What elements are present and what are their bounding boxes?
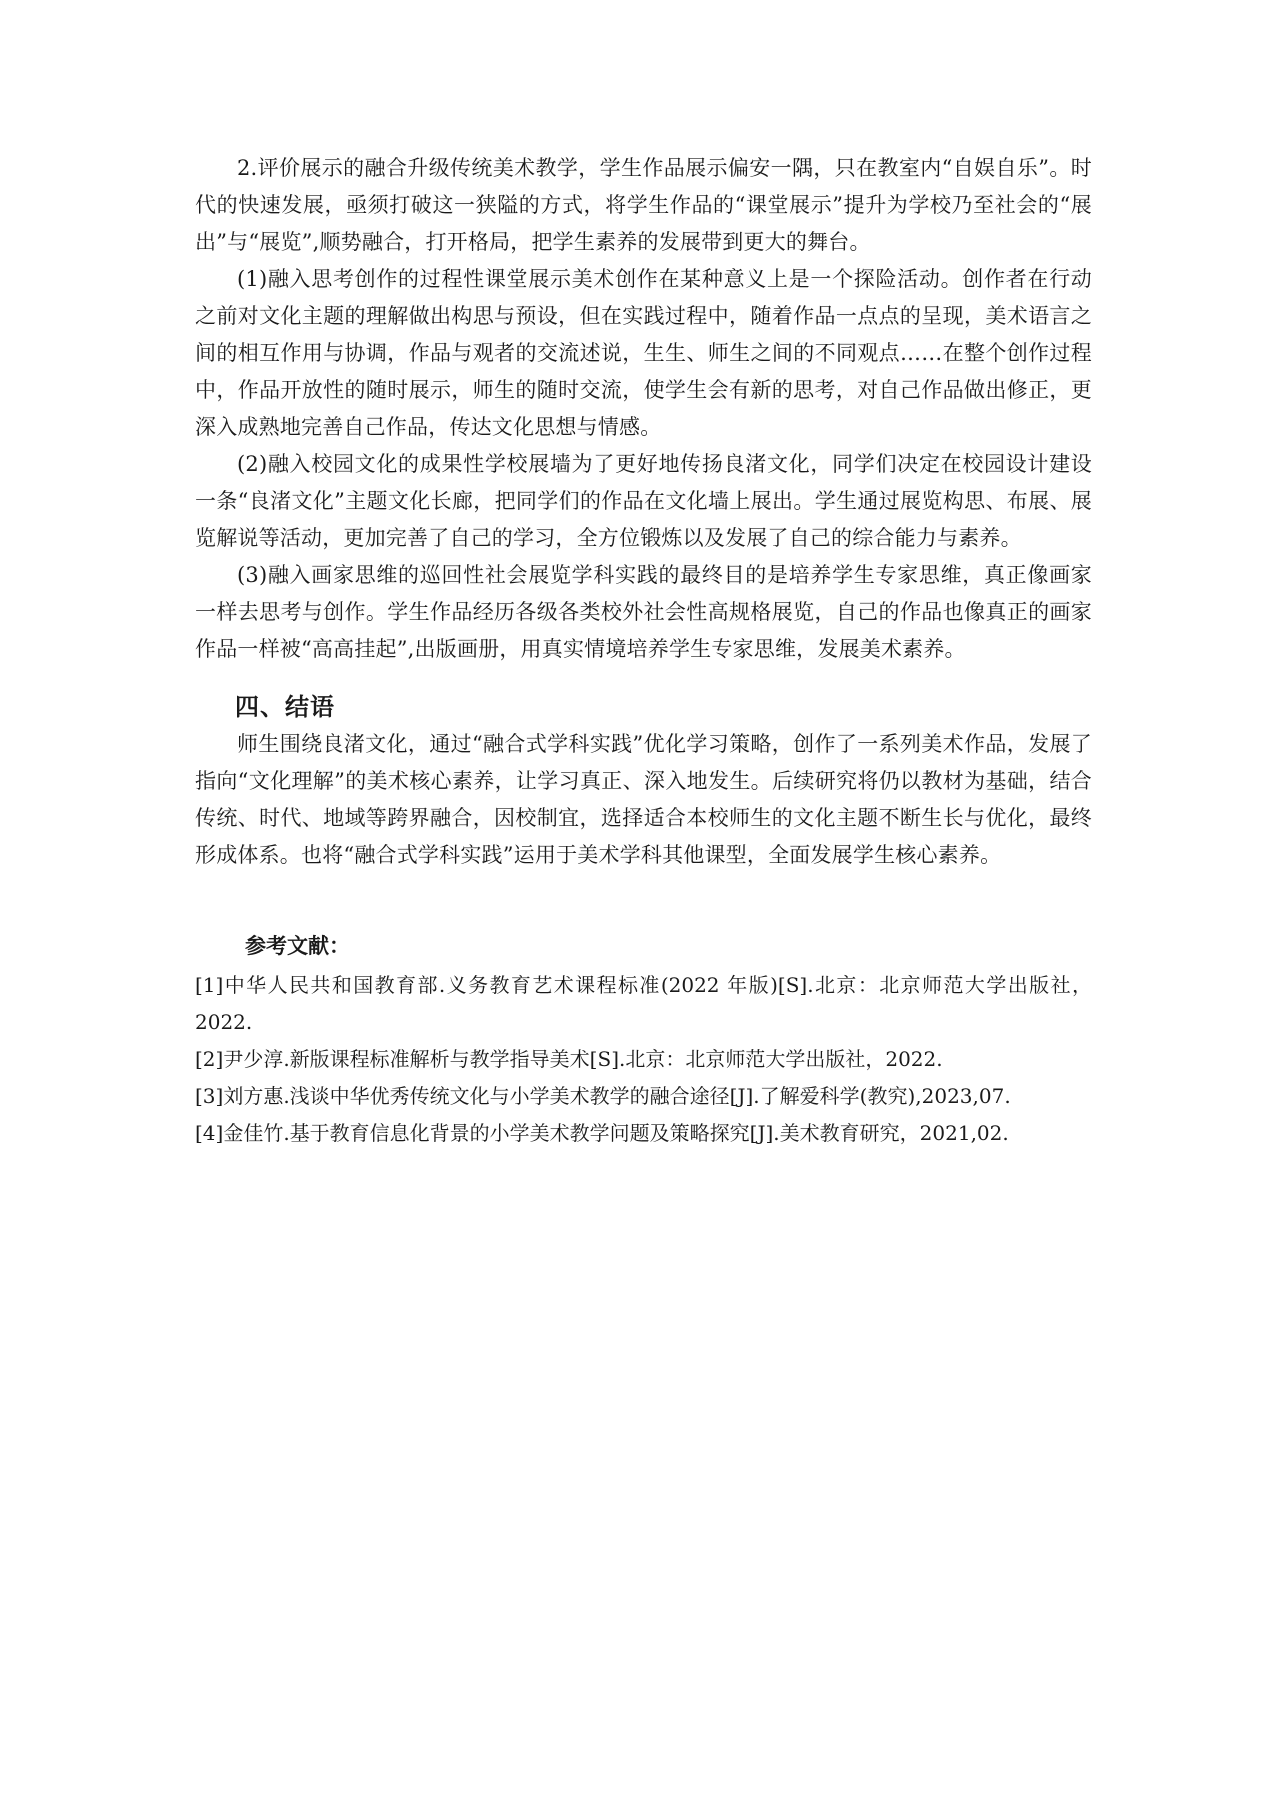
reference-item: [3]刘方惠.浅谈中华优秀传统文化与小学美术教学的融合途径[J].了解爱科学(教… xyxy=(195,1078,1092,1115)
conclusion-heading: 四、结语 xyxy=(195,690,1092,724)
paragraph-school-wall: (2)融入校园文化的成果性学校展墙为了更好地传扬良渚文化，同学们决定在校园设计建… xyxy=(195,446,1092,557)
paragraph-evaluation-display: 2.评价展示的融合升级传统美术教学，学生作品展示偏安一隅，只在教室内“自娱自乐”… xyxy=(195,150,1092,261)
reference-item: [4]金佳竹.基于教育信息化背景的小学美术教学问题及策略探究[J].美术教育研究… xyxy=(195,1115,1092,1152)
document-page: 2.评价展示的融合升级传统美术教学，学生作品展示偏安一隅，只在教室内“自娱自乐”… xyxy=(195,150,1092,1152)
references-title: 参考文献： xyxy=(195,929,1092,963)
paragraph-classroom-display: (1)融入思考创作的过程性课堂展示美术创作在某种意义上是一个探险活动。创作者在行… xyxy=(195,261,1092,446)
conclusion-paragraph: 师生围绕良渚文化，通过“融合式学科实践”优化学习策略，创作了一系列美术作品，发展… xyxy=(195,726,1092,874)
reference-item: [1]中华人民共和国教育部.义务教育艺术课程标准(2022 年版)[S].北京：… xyxy=(195,967,1092,1041)
paragraph-social-exhibition: (3)融入画家思维的巡回性社会展览学科实践的最终目的是培养学生专家思维，真正像画… xyxy=(195,557,1092,668)
reference-item: [2]尹少淳.新版课程标准解析与教学指导美术[S].北京：北京师范大学出版社，2… xyxy=(195,1041,1092,1078)
